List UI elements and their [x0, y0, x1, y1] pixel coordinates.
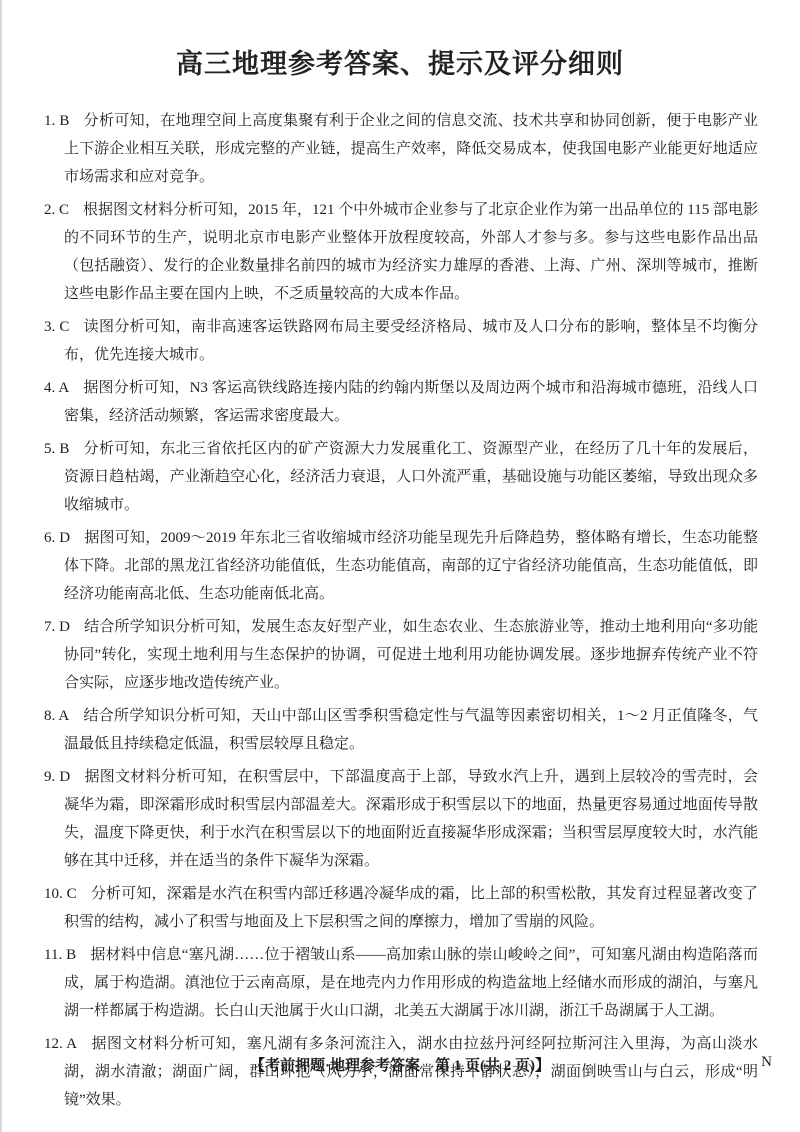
answer-text-1: 分析可知，在地理空间上高度集聚有利于企业之间的信息交流、技术共享和协同创新，便于…	[64, 113, 758, 185]
answer-label-1: 1. B	[44, 113, 69, 129]
answer-text-2: 根据图文材料分析可知，2015 年，121 个中外城市企业参与了北京企业作为第一…	[64, 202, 758, 302]
answer-item-11: 11. B据材料中信息“塞凡湖……位于褶皱山系——高加索山脉的崇山峻岭之间”，可…	[44, 941, 758, 1025]
answer-item-4: 4. A据图分析可知，N3 客运高铁线路连接内陆的约翰内斯堡以及周边两个城市和沿…	[44, 374, 758, 430]
answer-text-10: 分析可知，深霜是水汽在积雪内部迁移遇冷凝华成的霜，比上部的积雪松散，其发育过程显…	[64, 886, 758, 930]
answer-label-7: 7. D	[44, 619, 70, 635]
answer-label-6: 6. D	[44, 530, 70, 546]
answer-text-3: 读图分析可知，南非高速客运铁路网布局主要受经济格局、城市及人口分布的影响，整体呈…	[64, 319, 758, 363]
answer-item-5: 5. B分析可知，东北三省依托区内的矿产资源大力发展重化工、资源型产业，在经历了…	[44, 435, 758, 519]
footer-version-mark: N	[761, 1054, 772, 1071]
answer-label-4: 4. A	[44, 380, 69, 396]
answer-item-10: 10. C分析可知，深霜是水汽在积雪内部迁移遇冷凝华成的霜，比上部的积雪松散，其…	[44, 880, 758, 936]
answer-text-4: 据图分析可知，N3 客运高铁线路连接内陆的约翰内斯堡以及周边两个城市和沿海城市德…	[64, 380, 758, 424]
answer-label-11: 11. B	[44, 947, 76, 963]
answer-label-5: 5. B	[44, 441, 69, 457]
page-footer: 【考前押题·地理参考答案 第 1 页(共 2 页)】 N	[0, 1054, 800, 1080]
footer-page-info: 【考前押题·地理参考答案 第 1 页(共 2 页)】	[0, 1054, 800, 1075]
answer-item-3: 3. C读图分析可知，南非高速客运铁路网布局主要受经济格局、城市及人口分布的影响…	[44, 313, 758, 369]
answer-item-6: 6. D据图可知，2009～2019 年东北三省收缩城市经济功能呈现先升后降趋势…	[44, 524, 758, 608]
answer-text-11: 据材料中信息“塞凡湖……位于褶皱山系——高加索山脉的崇山峻岭之间”，可知塞凡湖由…	[64, 947, 758, 1019]
answer-label-3: 3. C	[44, 319, 69, 335]
answer-item-8: 8. A结合所学知识分析可知，天山中部山区雪季积雪稳定性与气温等因素密切相关，1…	[44, 702, 758, 758]
answer-label-12: 12. A	[44, 1036, 77, 1052]
page-title: 高三地理参考答案、提示及评分细则	[0, 0, 800, 81]
answer-label-8: 8. A	[44, 708, 69, 724]
answer-item-2: 2. C根据图文材料分析可知，2015 年，121 个中外城市企业参与了北京企业…	[44, 196, 758, 308]
answer-text-8: 结合所学知识分析可知，天山中部山区雪季积雪稳定性与气温等因素密切相关，1～2 月…	[64, 708, 758, 752]
answer-item-7: 7. D结合所学知识分析可知，发展生态友好型产业，如生态农业、生态旅游业等，推动…	[44, 613, 758, 697]
scan-edge-line	[0, 0, 2, 1132]
answer-sheet-page: 高三地理参考答案、提示及评分细则 1. B分析可知，在地理空间上高度集聚有利于企…	[0, 0, 800, 1132]
answer-text-7: 结合所学知识分析可知，发展生态友好型产业，如生态农业、生态旅游业等，推动土地利用…	[64, 619, 758, 691]
answer-text-9: 据图文材料分析可知，在积雪层中，下部温度高于上部，导致水汽上升，遇到上层较冷的雪…	[64, 769, 758, 869]
answer-label-2: 2. C	[44, 202, 69, 218]
answer-text-6: 据图可知，2009～2019 年东北三省收缩城市经济功能呈现先升后降趋势，整体略…	[64, 530, 758, 602]
answer-item-9: 9. D据图文材料分析可知，在积雪层中，下部温度高于上部，导致水汽上升，遇到上层…	[44, 763, 758, 875]
answer-text-5: 分析可知，东北三省依托区内的矿产资源大力发展重化工、资源型产业，在经历了几十年的…	[64, 441, 758, 513]
answer-label-10: 10. C	[44, 886, 77, 902]
answer-label-9: 9. D	[44, 769, 70, 785]
answer-list: 1. B分析可知，在地理空间上高度集聚有利于企业之间的信息交流、技术共享和协同创…	[0, 107, 800, 1114]
answer-item-1: 1. B分析可知，在地理空间上高度集聚有利于企业之间的信息交流、技术共享和协同创…	[44, 107, 758, 191]
